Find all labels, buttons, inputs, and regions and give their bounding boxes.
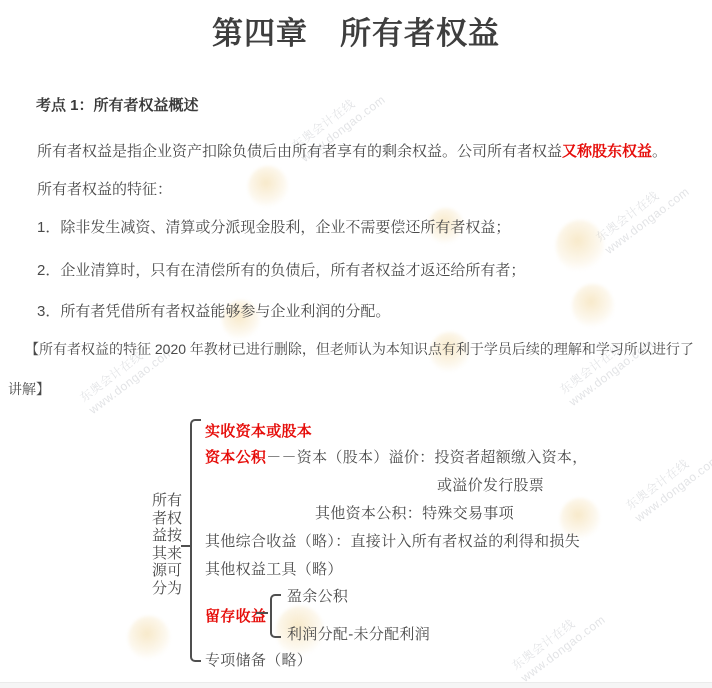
item-profit-distribution: 利润分配-未分配利润 [287,623,430,644]
watermark-logo-icon [128,616,170,660]
watermark-brand: 东奥会计在线 [557,324,647,397]
definition-text: 所有者权益是指企业资产扣除负债后由所有者享有的剩余权益。公司所有者权益 [37,143,562,160]
chapter-title: 第四章 所有者权益 [0,8,712,53]
retained-connector-line [256,612,268,614]
watermark-url: www.dongao.com [632,452,712,525]
page-bottom-edge [0,682,712,688]
watermark-brand: 东奥会计在线 [509,600,599,673]
feature-item-3: 3．所有者凭借所有者权益能够参与企业利润的分配。 [37,300,390,321]
teacher-note-line2: 讲解】 [8,379,50,399]
item-other-equity-tools: 其他权益工具（略） [205,558,343,579]
capital-reserve-desc: －－资本（股本）溢价：投资者超额缴入资本， [266,449,587,466]
item-retained-earnings-label: 留存收益 [205,605,266,626]
watermark-text: 东奥会计在线 www.dongao.com [509,600,608,685]
main-brace [190,419,201,662]
features-heading-paragraph: 所有者权益的特征： [37,178,172,199]
watermark-text: 东奥会计在线 www.dongao.com [593,172,692,257]
exam-point-heading: 考点 1：所有者权益概述 [36,94,199,115]
watermark-url: www.dongao.com [602,184,692,257]
feature-item-2: 2．企业清算时，只有在清偿所有的负债后，所有者权益才返还给所有者； [37,259,525,280]
capital-reserve-label: 资本公积 [205,449,266,466]
definition-period: 。 [652,143,667,160]
watermark-brand: 东奥会计在线 [623,440,712,513]
document-page: 东奥会计在线 www.dongao.com 东奥会计在线 www.dongao.… [0,0,712,688]
item-surplus-reserve: 盈余公积 [287,585,348,606]
diagram-root-label: 所有 者权 益按 其来 源可 分为 [152,492,182,598]
item-paid-in-capital: 实收资本或股本 [205,420,312,441]
item-other-capital-reserve: 其他资本公积：特殊交易事项 [315,502,514,523]
shareholder-equity-highlight: 又称股东权益 [562,143,652,160]
item-capital-reserve: 资本公积－－资本（股本）溢价：投资者超额缴入资本， [205,446,588,467]
definition-paragraph: 所有者权益是指企业资产扣除负债后由所有者享有的剩余权益。公司所有者权益又称股东权… [37,140,667,161]
watermark-logo-icon [556,220,604,272]
watermark-text: 东奥会计在线 www.dongao.com [623,440,712,525]
watermark-text: 东奥会计在线 www.dongao.com [557,324,656,409]
teacher-note-line1: 【所有者权益的特征 2020 年教材已进行删除，但老师认为本知识点有利于学员后续… [25,339,694,359]
item-capital-reserve-continuation: 或溢价发行股票 [437,474,544,495]
watermark-brand: 东奥会计在线 [593,172,683,245]
item-other-comprehensive-income: 其他综合收益（略）：直接计入所有者权益的利得和损失 [205,530,580,551]
item-special-reserve: 专项储备（略） [205,649,312,670]
retained-brace [270,594,281,638]
watermark-logo-icon [248,166,288,208]
watermark-logo-icon [572,284,614,328]
feature-item-1: 1．除非发生减资、清算或分派现金股利，企业不需要偿还所有者权益； [37,216,510,237]
watermark-url: www.dongao.com [518,612,608,685]
